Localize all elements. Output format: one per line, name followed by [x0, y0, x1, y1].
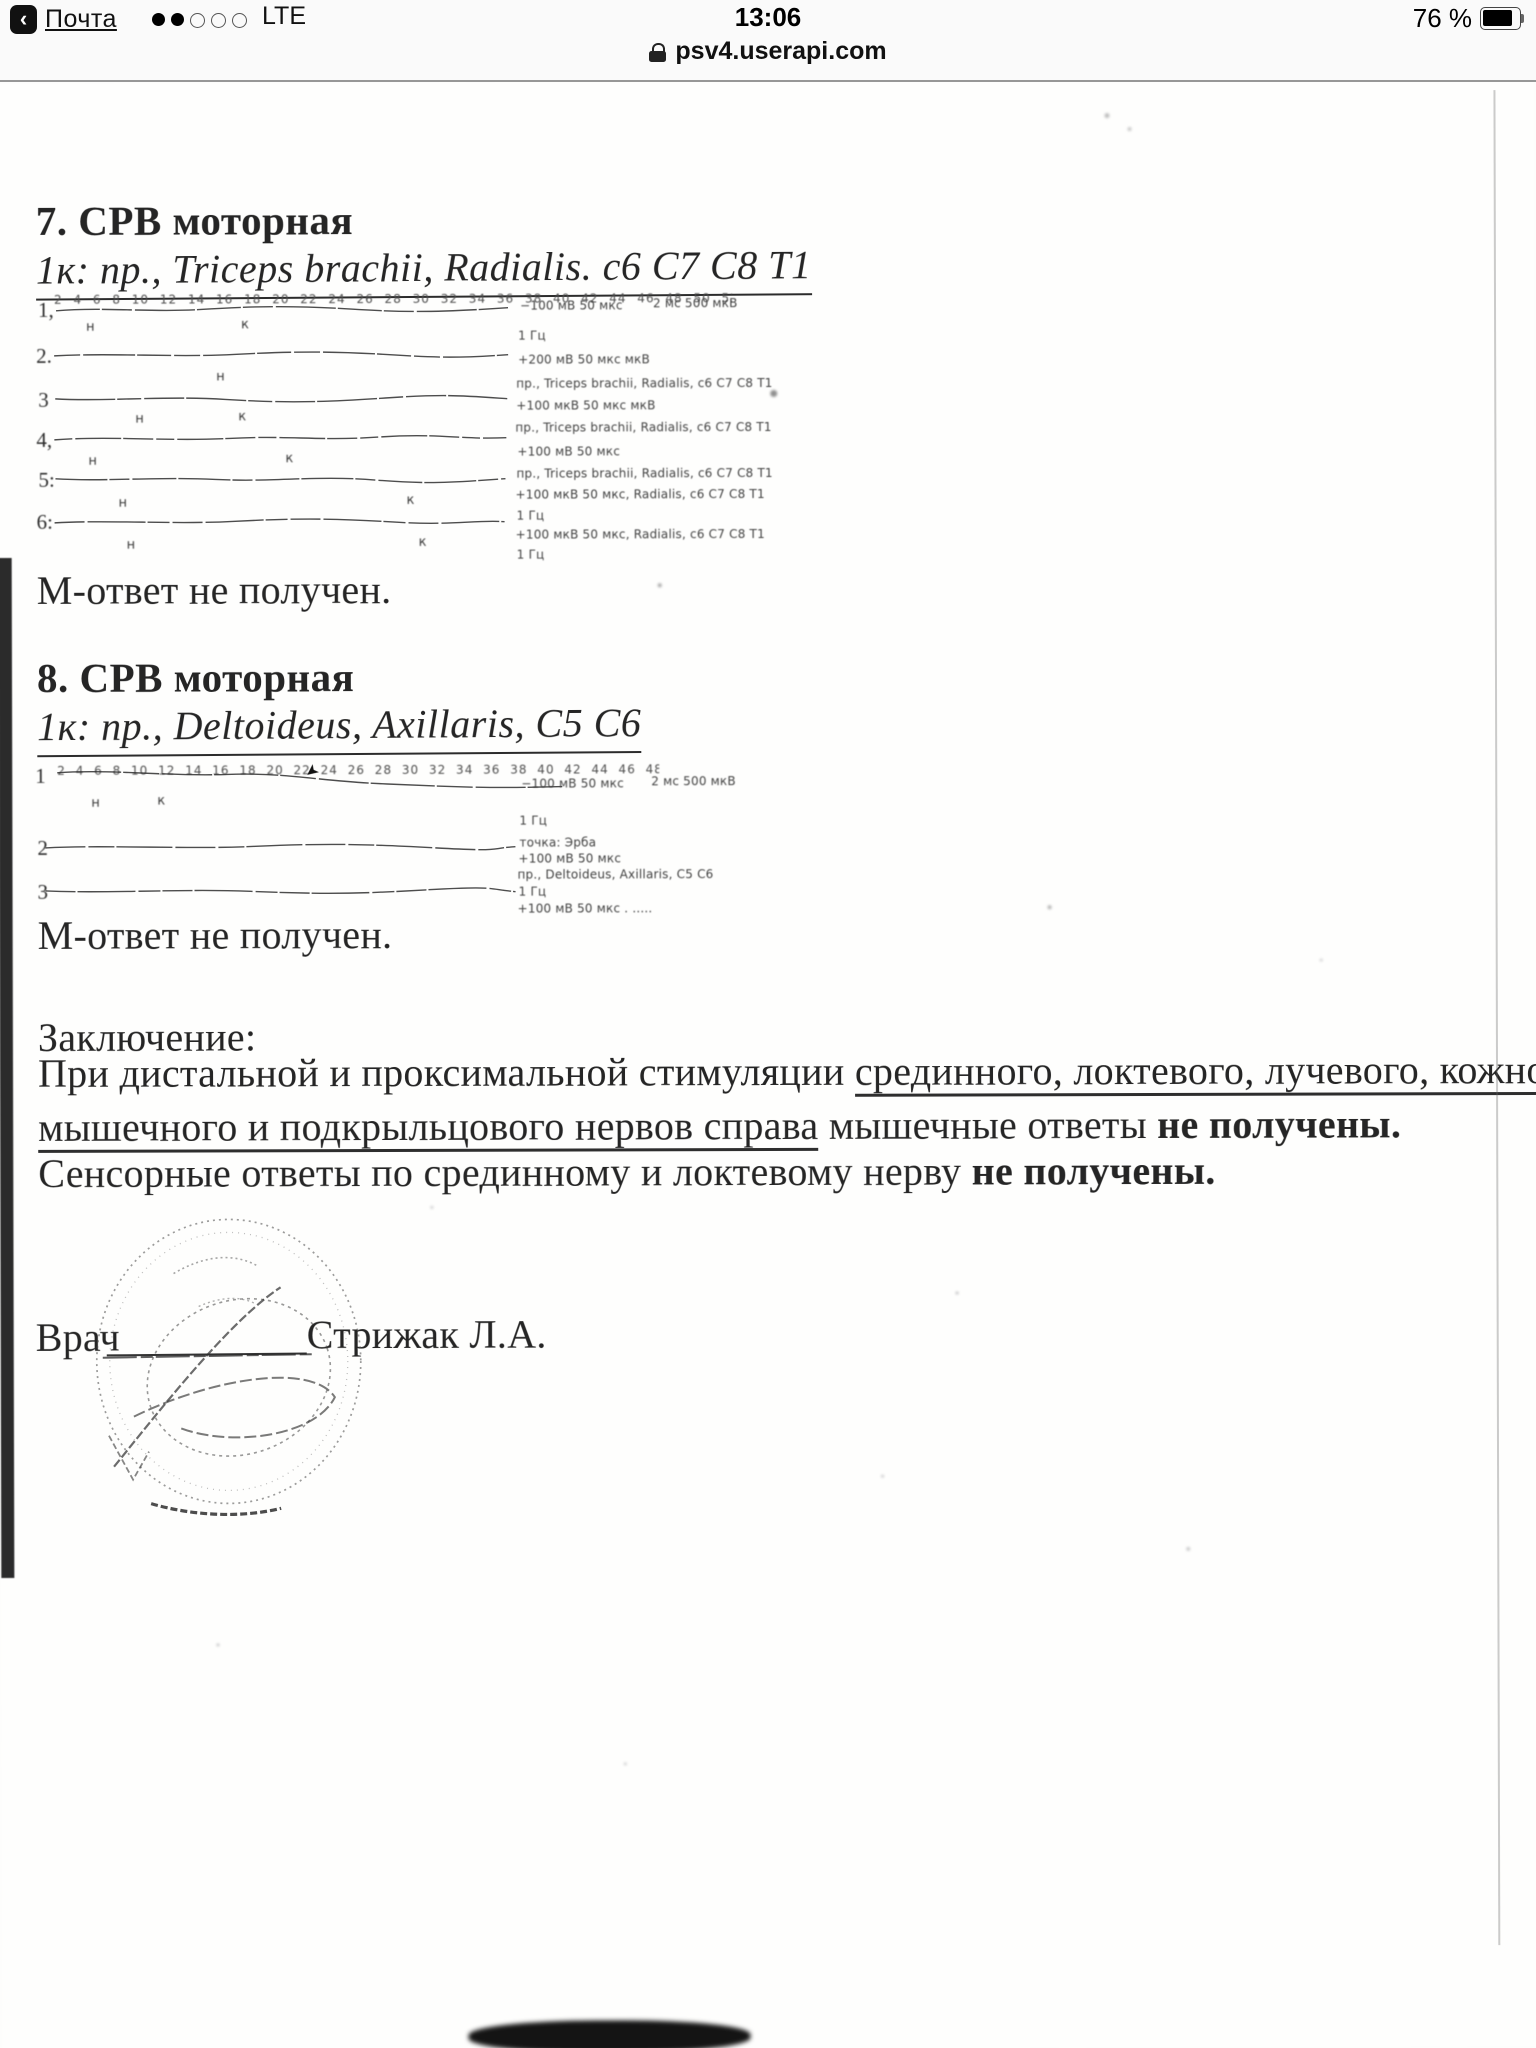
- section7-result: М-ответ не получен.: [37, 566, 392, 614]
- trace-annotation: 1 Гц: [517, 548, 545, 562]
- trace-annotation: пр., Triceps brachii, Radialis, с6 С7 С8…: [516, 376, 772, 391]
- scan-edge-artifact-left: [0, 558, 14, 1578]
- conclusion-line-3: Сенсорные ответы по срединному и локтево…: [38, 1147, 1215, 1197]
- trace-row-number: 2.: [36, 344, 52, 369]
- scan-speck: [1048, 905, 1052, 909]
- trace-annotation: +100 мВ 50 мкс . .....: [518, 901, 653, 915]
- trace-cursor-marker: н: [135, 412, 144, 427]
- status-time: 13:06: [0, 2, 1536, 33]
- trace-annotation: пр., Deltoideus, Axillaris, C5 C6: [517, 867, 713, 882]
- trace-annotation: 1 Гц: [519, 814, 547, 828]
- trace-cursor-marker: к: [285, 451, 293, 466]
- trace-waveform: [55, 471, 505, 498]
- trace-row-number: 1,: [38, 298, 54, 323]
- trace-annotation: −100 мВ 50 мкс: [521, 776, 624, 790]
- trace-waveform: [54, 431, 506, 458]
- trace-waveform: [56, 301, 508, 328]
- stamp-and-signature: [78, 1211, 375, 1532]
- trace-annotation: 1 Гц: [517, 509, 545, 523]
- section8-subheading: 1к: пр., Deltoideus, Axillaris, C5 C6: [37, 699, 642, 757]
- trace-cursor-marker: н: [216, 369, 225, 384]
- trace-cursor-marker: к: [157, 794, 165, 809]
- battery-icon: [1480, 7, 1524, 30]
- scan-edge-artifact-right: [1493, 90, 1500, 1945]
- trace-cursor-marker: н: [127, 538, 136, 553]
- trace-waveform: [55, 513, 505, 540]
- trace-cursor-marker: к: [238, 409, 246, 424]
- trace-cursor-marker: н: [86, 320, 95, 335]
- trace-cursor-marker: н: [88, 454, 97, 469]
- section7-heading: 7. СРВ моторная: [36, 196, 353, 245]
- conclusion-line-1: При дистальной и проксимальной стимуляци…: [38, 1046, 1536, 1097]
- trace-annotation: +100 мкВ 50 мкс мкВ: [516, 398, 655, 412]
- trace-annotation: +100 мВ 50 мкс: [518, 851, 621, 865]
- scan-speck: [1186, 1547, 1190, 1551]
- scan-speck: [217, 1643, 220, 1646]
- trace-annotation: +100 мкВ 50 мкс, Radialis, с6 С7 С8 Т1: [515, 487, 764, 502]
- trace-annotation: 1 Гц: [518, 329, 546, 343]
- scan-speck: [1105, 113, 1110, 118]
- scan-speck: [1128, 127, 1132, 131]
- url-host: psv4.userapi.com: [675, 37, 886, 66]
- trace-cursor-marker: к: [407, 493, 415, 508]
- trace-row-number: 5:: [38, 468, 54, 493]
- section8-result: М-ответ не получен.: [38, 911, 393, 959]
- trace-row-number: 1: [35, 764, 46, 789]
- trace-row-number: 6:: [37, 510, 53, 535]
- trace-row-number: 4,: [36, 428, 52, 453]
- url-bar[interactable]: psv4.userapi.com: [0, 30, 1536, 72]
- browser-chrome: ‹ Почта LTE 13:06 76 % psv4.userapi.com: [0, 0, 1536, 82]
- lock-icon: [649, 43, 666, 63]
- trace-annotation: пр., Triceps brachii, Radialis, с6 С7 С8…: [516, 466, 772, 481]
- trace-waveform: [46, 883, 516, 910]
- trace-row-number: 3: [38, 388, 49, 413]
- scan-speck: [881, 1475, 884, 1478]
- scan-speck: [430, 1206, 433, 1209]
- trace-waveform: [54, 347, 508, 374]
- trace-cursor-marker: к: [419, 535, 427, 550]
- trace-annotation: +200 мВ 50 мкс мкВ: [518, 352, 650, 366]
- trace-waveform: [55, 391, 507, 418]
- conclusion-line-2: мышечного и подкрыльцового нервов справа…: [38, 1100, 1401, 1151]
- trace-cursor-marker: н: [119, 496, 128, 511]
- scan-speck: [658, 583, 662, 587]
- trace-cursor-marker: н: [91, 796, 100, 811]
- trace-annotation: 2 мс 500 мкВ: [651, 774, 736, 788]
- trace-annotation: −100 мВ 50 мкс: [520, 298, 623, 312]
- scanned-document[interactable]: 7. СРВ моторная 1к: пр., Triceps brachii…: [0, 80, 1536, 2048]
- trace-annotation: +100 мкВ 50 мкс, Radialis, с6 С7 С8 Т1: [516, 527, 765, 542]
- scan-speck: [956, 1292, 959, 1295]
- trace-waveform: [45, 839, 515, 866]
- trace-annotation: +100 мВ 50 мкс: [517, 444, 620, 458]
- trace-annotation: пр., Triceps brachii, Radialis, с6 С7 С8…: [515, 420, 771, 435]
- trace-cursor-marker: к: [241, 317, 249, 332]
- section8-heading: 8. СРВ моторная: [37, 653, 354, 702]
- scan-speck: [770, 390, 777, 397]
- trace-annotation: 1 Гц: [519, 885, 547, 899]
- scan-smudge-bottom: [469, 2020, 751, 2048]
- trace-annotation: точка: Эрба: [519, 835, 596, 849]
- scan-speck: [1320, 959, 1323, 962]
- trace-annotation: 2 мс 500 мкВ: [653, 296, 738, 310]
- status-bar: ‹ Почта LTE 13:06 76 %: [0, 0, 1536, 34]
- scan-speck: [624, 1762, 627, 1765]
